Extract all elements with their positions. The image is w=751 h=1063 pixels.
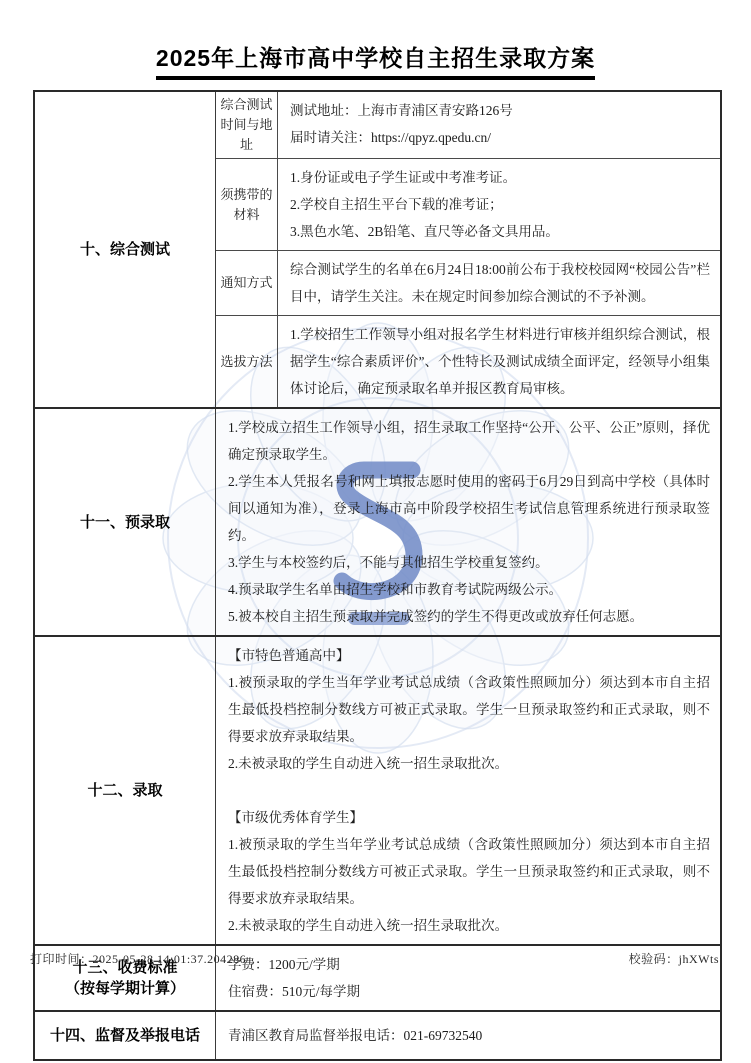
subrow-content-test-time-address: 测试地址：上海市青浦区青安路126号届时请关注：https://qpyz.qpe…: [278, 92, 720, 158]
print-time: 打印时间：2025-05-28 14:01:37.204286: [30, 950, 246, 967]
text-line: 【市级优秀体育学生】: [228, 804, 710, 831]
text-line: 1.学校招生工作领导小组对报名学生材料进行审核并组织综合测试，根据学生“综合素质…: [290, 321, 710, 402]
section-content-pre-admission: 1.学校成立招生工作领导小组，招生录取工作坚持“公开、公平、公正”原则，择优确定…: [216, 409, 720, 635]
text-line: [228, 777, 710, 804]
section-admission: 十二、录取 【市特色普通高中】1.被预录取的学生当年学业考试总成绩（含政策性照顾…: [35, 635, 720, 944]
text-line: 2.未被录取的学生自动进入统一招生录取批次。: [228, 750, 710, 777]
text-line: 青浦区教育局监督举报电话：021-69732540: [228, 1022, 710, 1049]
check-code: 校验码：jhXWts: [629, 950, 719, 967]
subrow-pre-admission: 1.学校成立招生工作领导小组，招生录取工作坚持“公开、公平、公正”原则，择优确定…: [216, 409, 720, 635]
section-label-11: 十一、预录取: [35, 409, 216, 635]
text-line: 住宿费：510元/每学期: [228, 978, 710, 1005]
subrow-content-selection-method: 1.学校招生工作领导小组对报名学生材料进行审核并组织综合测试，根据学生“综合素质…: [278, 316, 720, 407]
subrow-selection-method: 选拔方法 1.学校招生工作领导小组对报名学生材料进行审核并组织综合测试，根据学生…: [216, 315, 720, 407]
page-title: 2025年上海市高中学校自主招生录取方案: [156, 40, 595, 80]
section-11-body: 1.学校成立招生工作领导小组，招生录取工作坚持“公开、公平、公正”原则，择优确定…: [216, 409, 720, 635]
section-comprehensive-test: 十、综合测试 综合测试时间与地址 测试地址：上海市青浦区青安路126号届时请关注…: [35, 92, 720, 407]
text-line: 3.黑色水笔、2B铅笔、直尺等必备文具用品。: [290, 218, 710, 245]
text-line: 1.身份证或电子学生证或中考准考证。: [290, 164, 710, 191]
section-label-12: 十二、录取: [35, 637, 216, 944]
text-line: 1.被预录取的学生当年学业考试总成绩（含政策性照顾加分）须达到本市自主招生最低投…: [228, 831, 710, 912]
section-label-14: 十四、监督及举报电话: [35, 1012, 216, 1059]
text-line: 2.未被录取的学生自动进入统一招生录取批次。: [228, 912, 710, 939]
subrow-admission: 【市特色普通高中】1.被预录取的学生当年学业考试总成绩（含政策性照顾加分）须达到…: [216, 637, 720, 944]
subrow-content-notification: 综合测试学生的名单在6月24日18:00前公布于我校校园网“校园公告”栏目中，请…: [278, 251, 720, 315]
section-12-body: 【市特色普通高中】1.被预录取的学生当年学业考试总成绩（含政策性照顾加分）须达到…: [216, 637, 720, 944]
text-line: 5.被本校自主招生预录取并完成签约的学生不得更改或放弃任何志愿。: [228, 603, 710, 630]
text-line: 综合测试学生的名单在6月24日18:00前公布于我校校园网“校园公告”栏目中，请…: [290, 256, 710, 310]
text-line: 届时请关注：https://qpyz.qpedu.cn/: [290, 124, 710, 151]
text-line: 【市特色普通高中】: [228, 642, 710, 669]
admission-plan-table: 十、综合测试 综合测试时间与地址 测试地址：上海市青浦区青安路126号届时请关注…: [33, 90, 722, 1061]
section-supervision-phone: 十四、监督及举报电话 青浦区教育局监督举报电话：021-69732540: [35, 1010, 720, 1059]
subrow-supervision-phone: 青浦区教育局监督举报电话：021-69732540: [216, 1012, 720, 1059]
section-content-admission: 【市特色普通高中】1.被预录取的学生当年学业考试总成绩（含政策性照顾加分）须达到…: [216, 637, 720, 944]
subrow-label-selection-method: 选拔方法: [216, 316, 278, 407]
subrow-label-materials: 须携带的材料: [216, 159, 278, 250]
text-line: 1.学校成立招生工作领导小组，招生录取工作坚持“公开、公平、公正”原则，择优确定…: [228, 414, 710, 468]
page-title-wrap: 2025年上海市高中学校自主招生录取方案: [0, 40, 751, 80]
text-line: 1.被预录取的学生当年学业考试总成绩（含政策性照顾加分）须达到本市自主招生最低投…: [228, 669, 710, 750]
subrow-notification: 通知方式 综合测试学生的名单在6月24日18:00前公布于我校校园网“校园公告”…: [216, 250, 720, 315]
subrow-test-time-address: 综合测试时间与地址 测试地址：上海市青浦区青安路126号届时请关注：https:…: [216, 92, 720, 158]
text-line: 3.学生与本校签约后，不能与其他招生学校重复签约。: [228, 549, 710, 576]
subrow-materials: 须携带的材料 1.身份证或电子学生证或中考准考证。2.学校自主招生平台下载的准考…: [216, 158, 720, 250]
text-line: 测试地址：上海市青浦区青安路126号: [290, 97, 710, 124]
section-14-body: 青浦区教育局监督举报电话：021-69732540: [216, 1012, 720, 1059]
text-line: 2.学校自主招生平台下载的准考证；: [290, 191, 710, 218]
subrow-label-test-time-address: 综合测试时间与地址: [216, 92, 278, 158]
section-10-body: 综合测试时间与地址 测试地址：上海市青浦区青安路126号届时请关注：https:…: [216, 92, 720, 407]
section-pre-admission: 十一、预录取 1.学校成立招生工作领导小组，招生录取工作坚持“公开、公平、公正”…: [35, 407, 720, 635]
text-line: 2.学生本人凭报名号和网上填报志愿时使用的密码于6月29日到高中学校（具体时间以…: [228, 468, 710, 549]
subrow-content-materials: 1.身份证或电子学生证或中考准考证。2.学校自主招生平台下载的准考证；3.黑色水…: [278, 159, 720, 250]
section-content-supervision-phone: 青浦区教育局监督举报电话：021-69732540: [216, 1012, 720, 1059]
subrow-label-notification: 通知方式: [216, 251, 278, 315]
text-line: 4.预录取学生名单由招生学校和市教育考试院两级公示。: [228, 576, 710, 603]
section-label-10: 十、综合测试: [35, 92, 216, 407]
